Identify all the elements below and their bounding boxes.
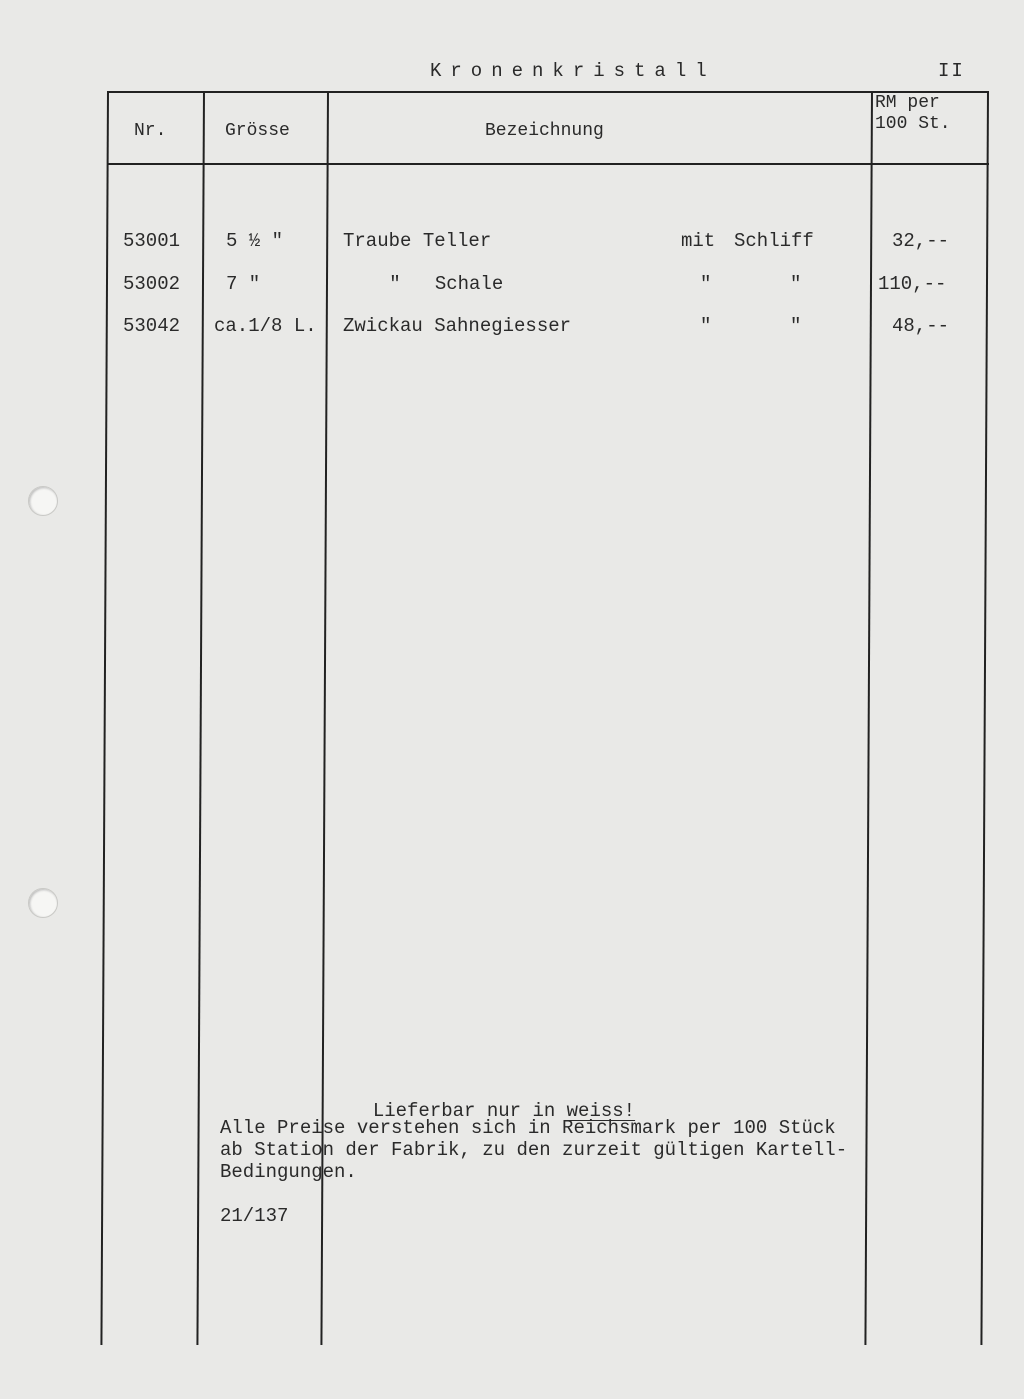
cell-nr: 53002: [123, 273, 180, 295]
punch-hole-bottom: [28, 888, 58, 918]
cell-ausfuehrung-2: ": [790, 315, 801, 337]
availability-note: Lieferbar nur in weiss!: [350, 1078, 635, 1122]
cell-price: 32,--: [892, 230, 949, 252]
cell-price: 48,--: [892, 315, 949, 337]
header-price-line1: RM per: [875, 93, 940, 113]
cell-ausfuehrung-2: Schliff: [734, 230, 814, 252]
punch-hole-top: [28, 486, 58, 516]
reference-number: 21/137: [220, 1205, 288, 1227]
cell-bezeichnung: Zwickau Sahnegiesser: [343, 315, 571, 337]
page-number: II: [938, 60, 965, 82]
header-bezeichnung: Bezeichnung: [485, 121, 604, 141]
col-border-nr: [196, 91, 205, 1345]
header-nr: Nr.: [134, 121, 166, 141]
cell-groesse: ca.1/8 L.: [214, 315, 317, 337]
cell-price: 110,--: [878, 273, 946, 295]
terms-line-3: Bedingungen.: [220, 1161, 357, 1183]
cell-bezeichnung: " Schale: [355, 273, 503, 295]
cell-ausfuehrung-1: ": [700, 315, 711, 337]
cell-nr: 53042: [123, 315, 180, 337]
document-title: Kronenkristall: [430, 60, 716, 82]
cell-ausfuehrung-1: mit: [681, 230, 715, 252]
col-border-left: [100, 91, 109, 1345]
terms-line-1: Alle Preise verstehen sich in Reichsmark…: [220, 1117, 836, 1139]
header-groesse: Grösse: [225, 121, 290, 141]
terms-line-2: ab Station der Fabrik, zu den zurzeit gü…: [220, 1139, 847, 1161]
col-border-bezeichnung: [864, 91, 873, 1345]
table-top-border: [107, 91, 989, 93]
cell-ausfuehrung-2: ": [790, 273, 801, 295]
cell-ausfuehrung-1: ": [700, 273, 711, 295]
header-price-line2: 100 St.: [875, 114, 951, 134]
col-border-right: [980, 91, 989, 1345]
cell-bezeichnung: Traube Teller: [343, 230, 491, 252]
header-bottom-border: [107, 163, 989, 165]
cell-groesse: 5 ½ ": [226, 230, 283, 252]
cell-groesse: 7 ": [226, 273, 260, 295]
cell-nr: 53001: [123, 230, 180, 252]
